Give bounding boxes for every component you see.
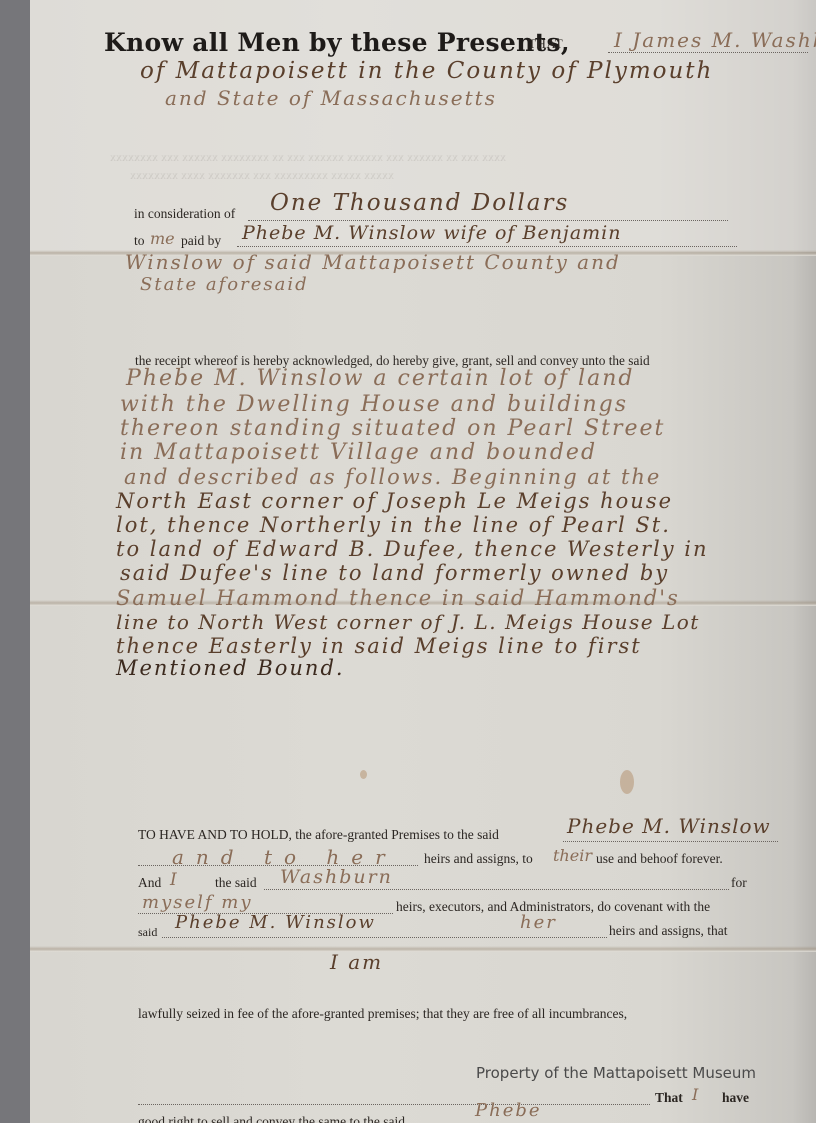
museum-watermark: Property of the Mattapoisett Museum	[476, 1064, 756, 1082]
that-label: THAT	[528, 36, 563, 52]
consideration-amount: One Thousand Dollars	[270, 190, 569, 216]
i-am: I am	[330, 950, 383, 974]
grantor-name: I James M. Washburn	[614, 28, 816, 52]
consideration-label: in consideration of	[134, 206, 235, 222]
residence-line-1: of Mattapoisett in the County of Plymout…	[140, 58, 713, 84]
seized-clause: lawfully seized in fee of the afore-gran…	[138, 1006, 627, 1022]
the-said-name: Washburn	[280, 866, 393, 888]
bleed-through-text: xxxx xxx xx xxxxxx xxx xxxxxx xxxxxx xxx…	[110, 150, 506, 165]
habendum-their: their	[553, 846, 592, 865]
that-i: I	[692, 1085, 698, 1104]
for-label: for	[731, 875, 747, 891]
grant-line-9: said Dufee's line to land formerly owned…	[120, 561, 669, 585]
and-i: I	[170, 870, 179, 890]
payer-line-3: State aforesaid	[140, 274, 309, 295]
grant-line-8: to land of Edward B. Dufee, thence Weste…	[116, 537, 709, 561]
right-grantee: Phebe	[475, 1100, 542, 1121]
habendum-heirs-label: heirs and assigns, to	[424, 851, 533, 867]
paid-by-label: paid by	[181, 233, 221, 249]
payer-line-1: Phebe M. Winslow wife of Benjamin	[242, 222, 621, 244]
to-recipient: me	[150, 229, 175, 248]
habendum-use-label: use and behoof forever.	[596, 851, 723, 867]
that-line	[138, 1104, 650, 1105]
paper-stain	[620, 770, 634, 794]
covenant-her: her	[520, 912, 557, 933]
grant-line-3: thereon standing situated on Pearl Stree…	[120, 416, 665, 441]
residence-line-2: and State of Massachusetts	[165, 86, 497, 110]
grant-line-10: Samuel Hammond thence in said Hammond's	[116, 586, 680, 610]
the-said-line	[264, 889, 729, 890]
grant-line-7: lot, thence Northerly in the line of Pea…	[116, 513, 671, 537]
consideration-line	[248, 220, 728, 221]
bleed-through-text: xxxxx xxxxx xxxxxxxxx xxx xxxxxxx xxxx x…	[130, 168, 394, 183]
grant-line-11: line to North West corner of J. L. Meigs…	[116, 610, 700, 634]
grant-line-6: North East corner of Joseph Le Meigs hou…	[116, 489, 673, 513]
grant-line-12: thence Easterly in said Meigs line to fi…	[116, 634, 642, 658]
payer-line	[237, 246, 737, 247]
grant-line-5: and described as follows. Beginning at t…	[124, 465, 661, 489]
covenant-grantee-line	[162, 937, 607, 938]
the-said-label: the said	[215, 875, 257, 891]
and-label: And	[138, 875, 161, 891]
fold-crease-3	[30, 946, 816, 952]
grant-line-4: in Mattapoisett Village and bounded	[120, 440, 597, 465]
covenant-grantee: Phebe M. Winslow	[175, 912, 376, 933]
that-i-have-label: That	[655, 1090, 683, 1106]
grantor-line	[608, 52, 808, 53]
myself-my: myself my	[142, 892, 253, 913]
habendum-grantee-line	[563, 841, 778, 842]
habendum-line-1: TO HAVE AND TO HOLD, the afore-granted P…	[138, 827, 499, 843]
grant-line-1: Phebe M. Winslow a certain lot of land	[126, 366, 634, 391]
covenant-heirs-label: heirs and assigns, that	[609, 923, 727, 939]
right-clause: good right to sell and convey the same t…	[138, 1114, 405, 1123]
payer-line-2: Winslow of said Mattapoisett County and	[125, 250, 621, 274]
paper-stain	[360, 770, 367, 779]
grant-line-2: with the Dwelling House and buildings	[120, 392, 628, 417]
deed-title: Know all Men by these Presents,	[104, 28, 570, 57]
said-label: said	[138, 925, 157, 940]
have-label: have	[722, 1090, 749, 1106]
to-label: to	[134, 233, 145, 249]
habendum-grantee: Phebe M. Winslow	[567, 814, 771, 838]
grant-line-13: Mentioned Bound.	[116, 656, 345, 680]
